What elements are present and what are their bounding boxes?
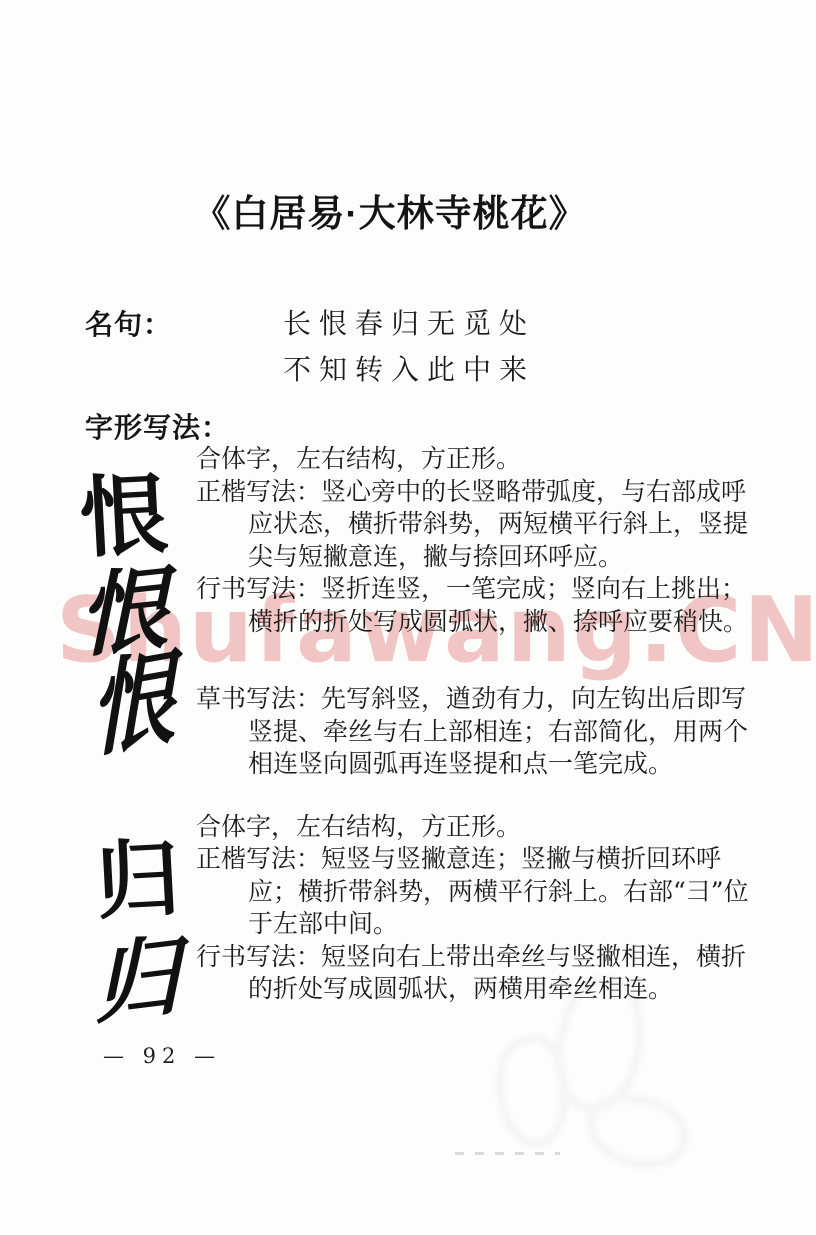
calligraphy-hen-cursive-script: 恨 xyxy=(88,647,176,764)
explanation-text-column: 合体字，左右结构，方正形。 正楷写法：竖心旁中的长竖略带弧度，与右部成呼应状态，… xyxy=(196,443,750,1006)
poem-excerpt: 长恨春归无觅处 不知转入此中来 xyxy=(283,301,535,393)
hen-running-script-method: 行书写法：竖折连竖，一笔完成；竖向右上挑出；横折的折处写成圆弧状，撇、捺呼应要稍… xyxy=(196,573,750,638)
scanned-book-page: Shufawang.CN 《白居易·大林寺桃花》 名句： 长恨春归无觅处 不知转… xyxy=(0,0,816,1235)
poem-title: 《白居易·大林寺桃花》 xyxy=(0,183,780,237)
calligraphy-gui-regular-script: 归 xyxy=(94,836,182,924)
gui-structure-note: 合体字，左右结构，方正形。 xyxy=(196,811,750,844)
hen-regular-script-method: 正楷写法：竖心旁中的长竖略带弧度，与右部成呼应状态，横折带斜势，两短横平行斜上，… xyxy=(196,476,750,574)
calligraphy-hen-regular-script: 恨 xyxy=(78,470,171,562)
section-heading-character-forms: 字形写法： xyxy=(85,406,230,446)
scan-smudge-artifact xyxy=(455,1152,560,1155)
gui-regular-script-method: 正楷写法：短竖与竖撇意连；竖撇与横折回环呼应；横折带斜势，两横平行斜上。右部“彐… xyxy=(196,843,750,941)
page-number: — 92 — xyxy=(103,1044,221,1068)
calligraphy-gui-running-script: 归 xyxy=(93,933,181,1030)
hen-structure-note: 合体字，左右结构，方正形。 xyxy=(196,443,750,476)
famous-lines-label: 名句： xyxy=(85,303,172,343)
gui-running-script-method: 行书写法：短竖向右上带出牵丝与竖撇相连，横折的折处写成圆弧状，两横用牵丝相连。 xyxy=(196,941,750,1006)
bleed-shape xyxy=(582,1090,692,1173)
hen-cursive-script-method: 草书写法：先写斜竖，遒劲有力，向左钩出后即写竖提、牵丝与右上部相连；右部简化，用… xyxy=(196,683,750,781)
poem-line-2: 不知转入此中来 xyxy=(283,347,535,393)
poem-line-1: 长恨春归无觅处 xyxy=(283,301,535,347)
